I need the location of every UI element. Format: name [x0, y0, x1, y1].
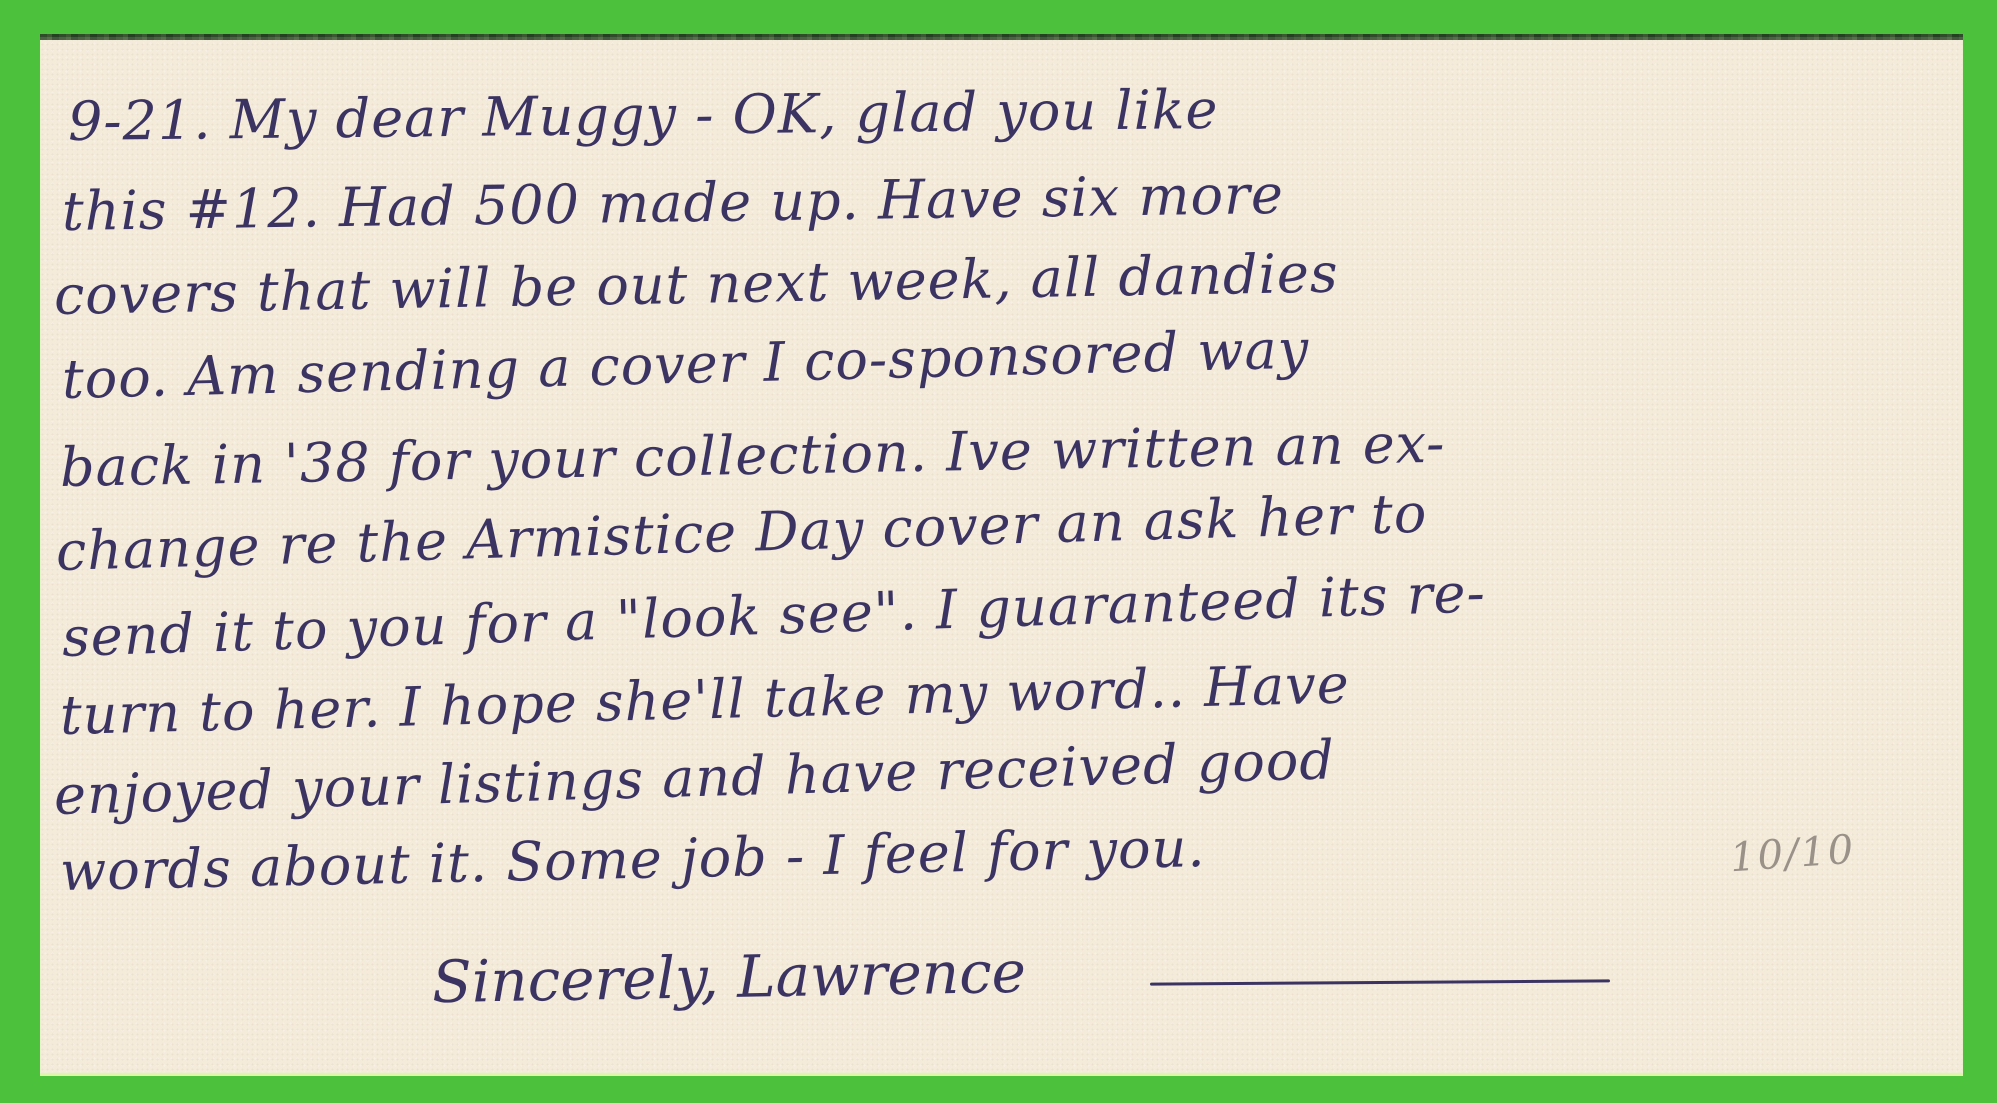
letter-line-6: change re the Armistice Day cover an ask…	[55, 487, 1428, 579]
letter-line-10: words about it. Some job - I feel for yo…	[59, 821, 1206, 899]
letter-line-4: too. Am sending a cover I co-sponsored w…	[61, 323, 1309, 407]
handwritten-note-card: 9-21. My dear Muggy - OK, glad you like …	[40, 34, 1963, 1073]
letter-line-7: send it to you for a "look see". I guara…	[61, 566, 1486, 665]
letter-line-1: 9-21. My dear Muggy - OK, glad you like	[68, 83, 1219, 149]
letter-line-3: covers that will be out next week, all d…	[54, 247, 1339, 323]
letter-line-9: enjoyed your listings and have received …	[53, 733, 1335, 823]
letter-line-8: turn to her. I hope she'll take my word.…	[59, 657, 1350, 743]
letter-line-5: back in '38 for your collection. Ive wri…	[60, 417, 1446, 495]
signature-underline-flourish	[1150, 979, 1610, 985]
pencil-date-annotation: 10/10	[1729, 827, 1857, 882]
letter-line-2: this #12. Had 500 made up. Have six more	[62, 168, 1285, 239]
signature-closing: Sincerely, Lawrence	[431, 938, 1026, 1016]
